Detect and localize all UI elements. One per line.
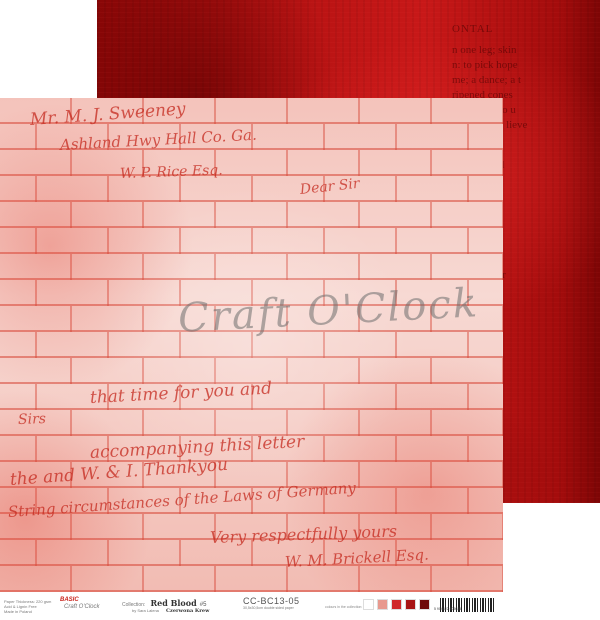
color-swatch [405, 599, 416, 610]
brand-logo: BASIC Craft O'Clock [60, 597, 99, 611]
colours-label: colours in the collection: [325, 605, 362, 609]
color-swatches [363, 599, 430, 610]
barcode-number: 5 904422 605025 [434, 607, 461, 611]
color-swatch [377, 599, 388, 610]
product-info-strip: Paper Thickness: 220 gsm Acid & Lignin F… [0, 593, 503, 620]
paper-specs: Paper Thickness: 220 gsm Acid & Lignin F… [4, 599, 51, 614]
color-swatch [363, 599, 374, 610]
brand-line1: BASIC [60, 597, 99, 604]
product-description: 30,5x30,5cm double sided paper [243, 606, 300, 610]
script-line: Sirs [18, 411, 46, 428]
collection-name-pl: Czerwona Krew [166, 608, 209, 614]
back-text-line: me; a dance; a t [452, 73, 600, 88]
color-swatch [419, 599, 430, 610]
color-swatch [391, 599, 402, 610]
back-text-line: n: to pick hope [452, 58, 600, 73]
designer-name: by Sara Lalena [132, 608, 159, 613]
front-paper-brick: Mr. M. J. Sweeney Ashland Hwy Hall Co. G… [0, 98, 503, 592]
collection-info: Collection: Red Blood #5 by Sara Lalena … [122, 598, 206, 608]
collection-name: Red Blood [150, 598, 196, 608]
back-text-line: ONTAL [452, 22, 600, 37]
product-code: CC-BC13-05 [243, 596, 300, 606]
back-text-line: n one leg; skin [452, 43, 600, 58]
brand-line2: Craft O'Clock [64, 604, 99, 611]
spec-origin: Made in Poland [4, 609, 51, 614]
product-code-block: CC-BC13-05 30,5x30,5cm double sided pape… [243, 596, 300, 610]
paper-texture [0, 98, 503, 592]
